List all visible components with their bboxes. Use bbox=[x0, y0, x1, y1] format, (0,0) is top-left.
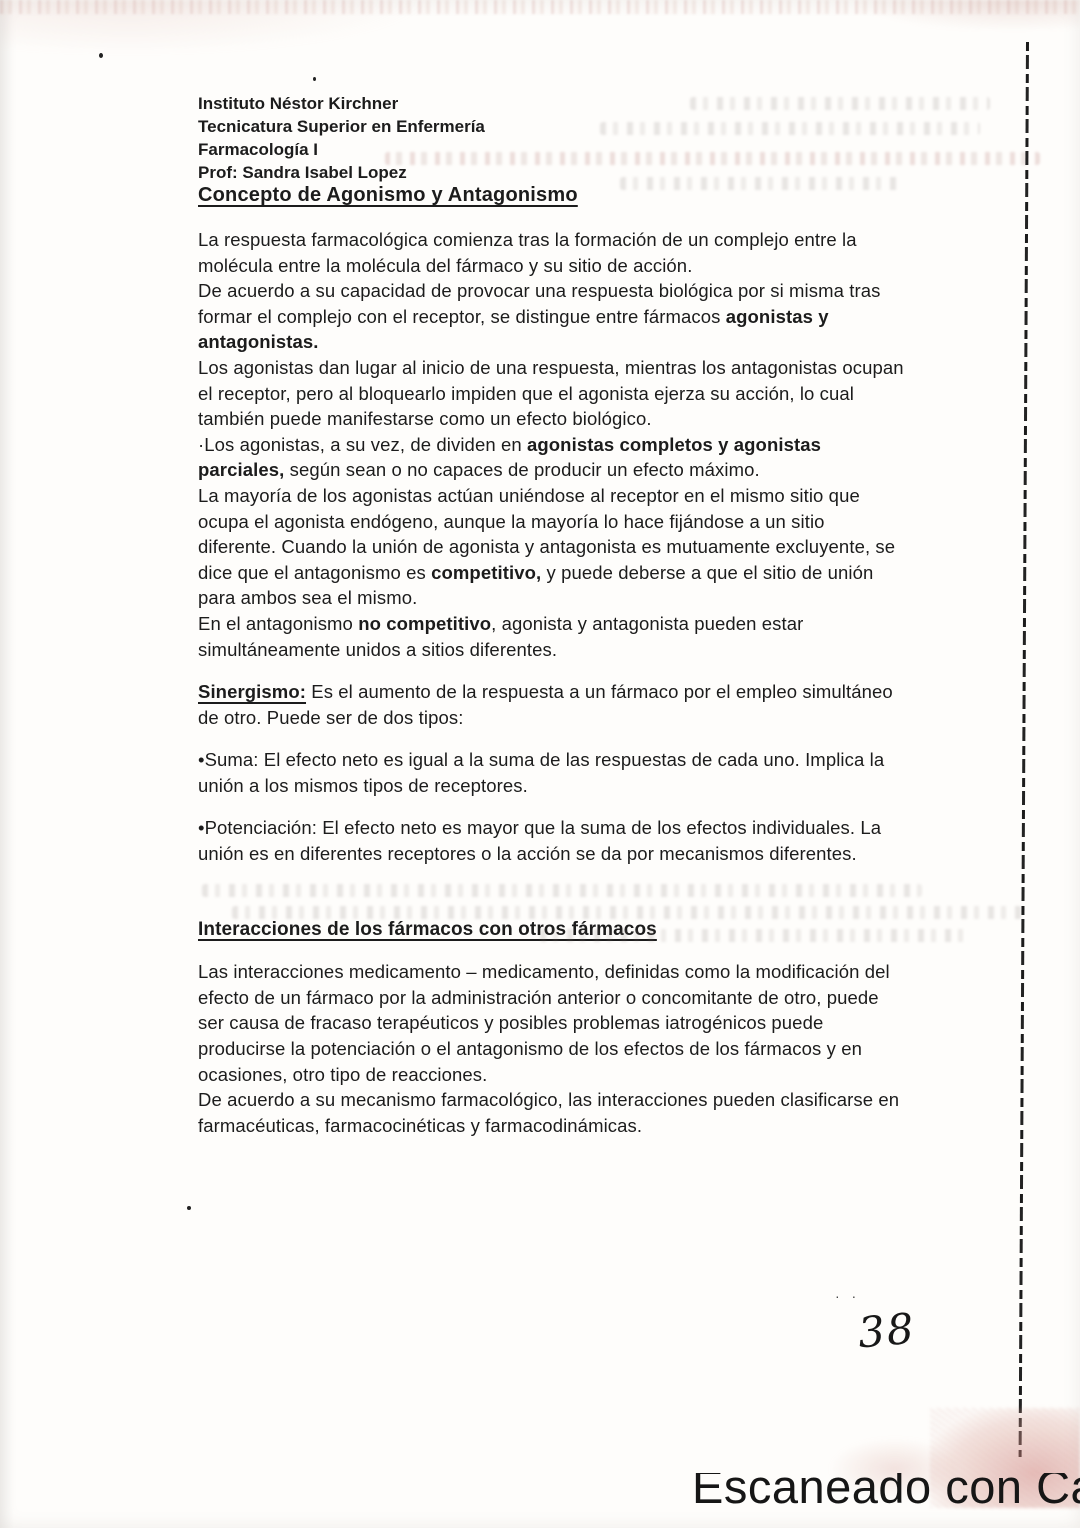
ghost-text-artifact bbox=[232, 906, 1022, 919]
text-run: •Suma: El efecto neto es igual a la suma… bbox=[198, 749, 884, 796]
text-run: ·Los agonistas, a su vez, de dividen en bbox=[198, 434, 527, 455]
text-run: según sean o no capaces de producir un e… bbox=[284, 459, 759, 480]
scan-noise-top-right bbox=[860, 0, 1080, 30]
scan-noise-top-left bbox=[0, 0, 430, 55]
ghost-text-artifact bbox=[600, 122, 980, 135]
header-program: Tecnicatura Superior en Enfermería bbox=[198, 115, 485, 138]
scan-speck bbox=[313, 77, 316, 81]
scanned-document-page: Instituto Néstor Kirchner Tecnicatura Su… bbox=[0, 0, 1080, 1528]
text-run: La respuesta farmacológica comienza tras… bbox=[198, 229, 857, 276]
document-body: La respuesta farmacológica comienza tras… bbox=[198, 227, 904, 1138]
scan-speck: · · bbox=[835, 1288, 860, 1304]
text-run: competitivo, bbox=[431, 562, 541, 583]
text-run: Las interacciones medicamento – medicame… bbox=[198, 961, 890, 1084]
text-run: Los agonistas dan lugar al inicio de una… bbox=[198, 357, 904, 429]
scan-speck bbox=[187, 1206, 191, 1210]
text-run: Sinergismo: bbox=[198, 681, 306, 702]
paragraph: La respuesta farmacológica comienza tras… bbox=[198, 227, 904, 278]
handwritten-page-number: 38 bbox=[856, 1304, 918, 1358]
document-header: Instituto Néstor Kirchner Tecnicatura Su… bbox=[198, 92, 485, 184]
text-run: De acuerdo a su mecanismo farmacológico,… bbox=[198, 1089, 899, 1136]
text-run: En el antagonismo bbox=[198, 613, 358, 634]
paragraph: •Suma: El efecto neto es igual a la suma… bbox=[198, 747, 904, 798]
ghost-text-artifact bbox=[620, 177, 900, 190]
paragraph: •Potenciación: El efecto neto es mayor q… bbox=[198, 815, 904, 866]
paragraph: En el antagonismo no competitivo, agonis… bbox=[198, 611, 904, 662]
paragraph: Sinergismo: Es el aumento de la respuest… bbox=[198, 679, 904, 730]
ghost-text-artifact bbox=[202, 884, 922, 897]
paragraph: La mayoría de los agonistas actúan unién… bbox=[198, 483, 904, 611]
text-run: •Potenciación: El efecto neto es mayor q… bbox=[198, 817, 881, 864]
paragraph: Los agonistas dan lugar al inicio de una… bbox=[198, 355, 904, 432]
camscanner-watermark-text: Escaneado con CamS bbox=[692, 1473, 1080, 1514]
paragraph: ·Los agonistas, a su vez, de dividen en … bbox=[198, 432, 904, 483]
header-institution: Instituto Néstor Kirchner bbox=[198, 92, 485, 115]
scan-speck bbox=[99, 53, 103, 58]
paragraph: De acuerdo a su capacidad de provocar un… bbox=[198, 278, 904, 355]
page-title: Concepto de Agonismo y Antagonismo bbox=[198, 184, 578, 207]
text-run: no competitivo bbox=[358, 613, 491, 634]
camscanner-watermark: Escaneado con CamS bbox=[692, 1473, 1080, 1528]
ghost-text-artifact bbox=[540, 929, 970, 942]
page-fold-dashed-line bbox=[1019, 42, 1029, 1457]
ghost-text-artifact bbox=[385, 152, 1040, 165]
paragraph: De acuerdo a su mecanismo farmacológico,… bbox=[198, 1087, 904, 1138]
paragraph: Las interacciones medicamento – medicame… bbox=[198, 959, 904, 1087]
ghost-text-artifact bbox=[690, 97, 990, 110]
page-edge-shading bbox=[0, 0, 14, 1528]
